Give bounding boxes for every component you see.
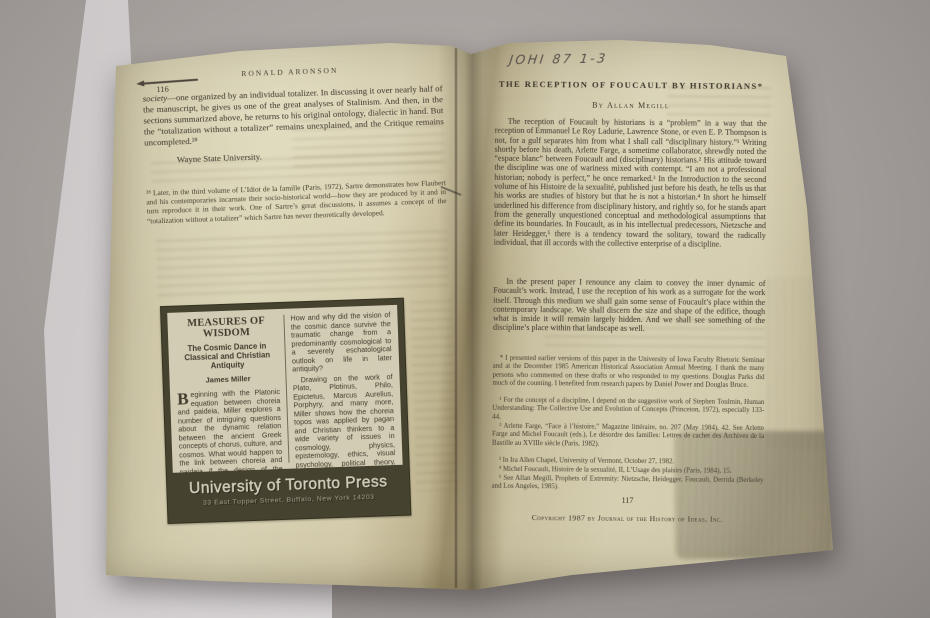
book-advertisement: MEASURES OF WISDOM The Cosmic Dance in C…: [160, 298, 411, 524]
ad-left-column: MEASURES OF WISDOM The Cosmic Dance in C…: [167, 309, 289, 473]
article-byline: By Allan Megill: [491, 100, 771, 111]
article-paragraph-1: The reception of Foucault by historians …: [494, 117, 767, 250]
ad-right-paragraph-2: Drawing on the work of Plato, Plotinus, …: [292, 373, 396, 473]
left-body-lead-word: society: [143, 93, 168, 104]
left-body-text: —one organized by an individual totalize…: [143, 83, 444, 147]
ad-left-paragraph: Beginning with the Platonic equation bet…: [177, 388, 283, 473]
handwritten-annotation: JOHI 87 1-3: [508, 50, 608, 67]
left-body-paragraph: society—one organized by an individual t…: [143, 83, 445, 148]
ad-book-author: James Miller: [176, 373, 279, 386]
ad-book-title: MEASURES OF WISDOM: [174, 315, 278, 341]
journal-pages: RONALD ARONSON 116 society—one organized…: [100, 38, 840, 596]
right-page: JOHI 87 1-3 THE RECEPTION OF FOUCAULT BY…: [483, 67, 798, 590]
bleed-through-text: [156, 230, 450, 296]
article-paragraph-2: In the present paper I renounce any clai…: [493, 277, 765, 335]
bleed-through-text: [410, 300, 459, 491]
footnote-star: * I presented earlier versions of this p…: [492, 355, 764, 391]
article-title: THE RECEPTION OF FOUCAULT BY HISTORIANS*: [491, 79, 771, 91]
footnote-2: ² Arlette Farge, “Face à l’histoire,” Ma…: [492, 423, 764, 450]
photo-of-open-journal: RONALD ARONSON 116 society—one organized…: [0, 0, 930, 618]
copyright-line: Copyright 1987 by Journal of the History…: [487, 513, 767, 524]
footnote-1: ¹ For the concept of a discipline, I dep…: [492, 397, 764, 424]
ad-book-subtitle: The Cosmic Dance in Classical and Christ…: [175, 341, 279, 372]
ad-right-paragraph-1: How and why did the vision of the cosmic…: [290, 311, 392, 374]
ad-left-text: eginning with the Platonic equation betw…: [178, 387, 283, 473]
ad-publisher-banner: University of Toronto Press 33 East Tupp…: [166, 470, 411, 524]
ad-dropcap: B: [177, 391, 191, 406]
footnote-5: ⁵ See Allan Megill, Prophets of Extremit…: [492, 475, 764, 494]
journal-spread: RONALD ARONSON 116 society—one organized…: [100, 38, 840, 596]
left-footnote-28: ²⁸ Later, in the third volume of L’Idiot…: [146, 178, 447, 225]
ad-right-column: How and why did the vision of the cosmic…: [284, 305, 403, 469]
left-page: RONALD ARONSON 116 society—one organized…: [139, 48, 467, 588]
right-page-number: 117: [487, 495, 767, 506]
gutter-fold-line: [455, 48, 457, 588]
author-affiliation: Wayne State University.: [177, 151, 262, 164]
ad-body: MEASURES OF WISDOM The Cosmic Dance in C…: [167, 305, 402, 473]
